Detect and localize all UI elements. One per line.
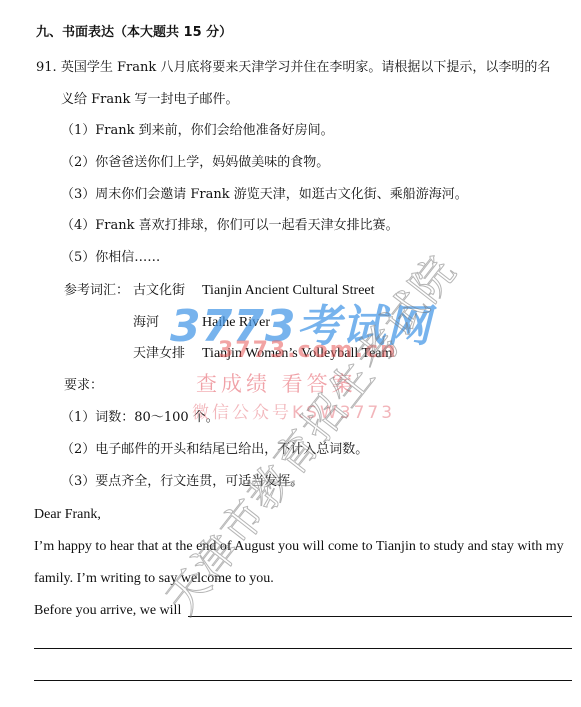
email-body-line1: I’m happy to hear that at the end of Aug…	[34, 539, 564, 555]
email-prompt-start: Before you arrive, we will	[34, 603, 181, 619]
answer-line-2[interactable]	[34, 648, 572, 649]
question-number: 91.	[36, 60, 57, 75]
question-prompt-line2: 义给 Frank 写一封电子邮件。	[61, 92, 239, 108]
watermark-wechat: 微信公众号KSW3773	[192, 398, 395, 423]
requirements-label: 要求：	[64, 378, 103, 394]
hint-point-5: （5）你相信……	[61, 250, 160, 266]
email-body-line2: family. I’m writing to say welcome to yo…	[34, 571, 274, 587]
hint-point-3: （3）周末你们会邀请 Frank 游览天津，如逛古文化街、乘船游海河。	[61, 187, 468, 203]
requirement-3: （3）要点齐全，行文连贯，可适当发挥。	[61, 474, 303, 490]
answer-line-3[interactable]	[34, 680, 572, 681]
watermark-slogan: 查成绩 看答案	[196, 368, 357, 398]
vocab-en-2: Haihe River	[202, 315, 270, 331]
vocab-en-1: Tianjin Ancient Cultural Street	[202, 283, 375, 299]
vocab-cn-2: 海河	[133, 315, 159, 331]
hint-point-1: （1）Frank 到来前，你们会给他准备好房间。	[61, 123, 334, 139]
hint-point-4: （4）Frank 喜欢打排球，你们可以一起看天津女排比赛。	[61, 218, 399, 234]
vocab-cn-3: 天津女排	[133, 346, 185, 362]
answer-line-1[interactable]	[188, 616, 572, 617]
vocab-cn-1: 古文化街	[133, 283, 185, 299]
hint-point-2: （2）你爸爸送你们上学，妈妈做美味的食物。	[61, 155, 329, 171]
section-title: 九、书面表达（本大题共 15 分）	[36, 25, 232, 41]
vocab-label: 参考词汇：	[64, 283, 129, 299]
question-prompt-text: 英国学生 Frank 八月底将要来天津学习并住在李明家。请根据以下提示，以李明的…	[61, 60, 551, 75]
requirement-2: （2）电子邮件的开头和结尾已给出，不计入总词数。	[61, 442, 368, 458]
question-prompt-line1: 91. 英国学生 Frank 八月底将要来天津学习并住在李明家。请根据以下提示，…	[36, 60, 550, 76]
vocab-en-3: Tianjin Women’s Volleyball Team	[202, 346, 392, 362]
email-salutation: Dear Frank,	[34, 507, 101, 523]
requirement-1: （1）词数：80～100 个。	[61, 410, 219, 426]
